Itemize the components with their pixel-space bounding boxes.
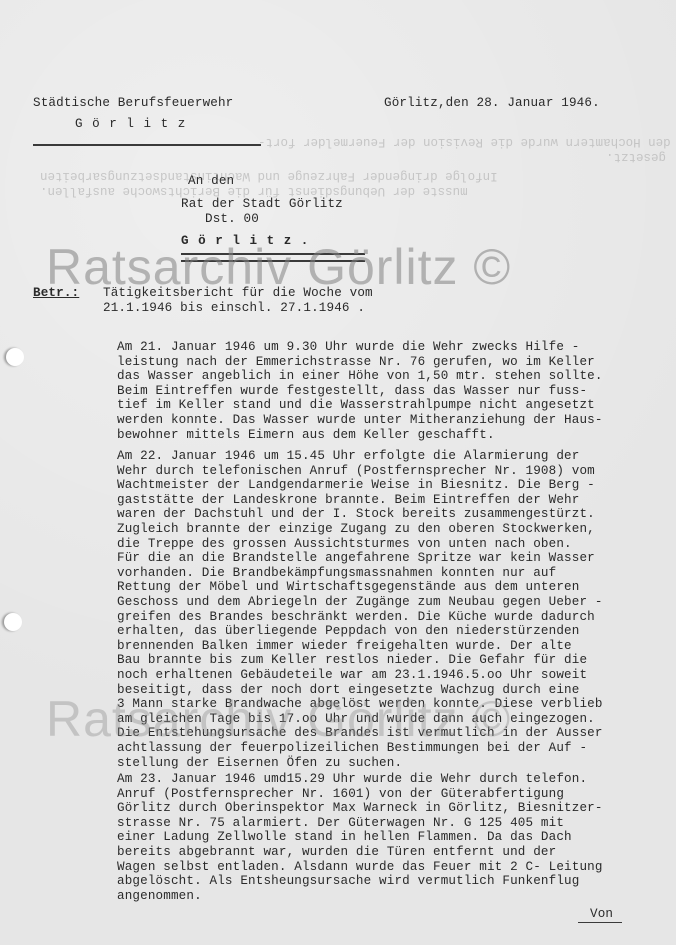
punch-hole-bottom: [4, 613, 22, 631]
paragraph-line: erhalten, das überliegende Peppdach von …: [117, 625, 579, 638]
paragraph-line: abgelöscht. Als Entsheungsursache wird v…: [117, 875, 579, 888]
paragraph-line: waren der Dachstuhl und der I. Stock ber…: [117, 508, 595, 521]
paragraph-line: bereits abgebrannt war, wurden die Türen…: [117, 846, 556, 859]
bleed-line: Von den Hochamtern wurde die Revision de…: [258, 134, 676, 149]
bleed-line: gesetzt.: [606, 149, 666, 164]
paragraph-line: stellung der Eisernen Öfen zu suchen.: [117, 757, 402, 770]
subject-line-1: Tätigkeitsbericht für die Woche vom: [103, 287, 373, 300]
paragraph-line: werden konnte. Das Wasser wurde unter Mi…: [117, 414, 603, 427]
paragraph-line: vorhanden. Die Brandbekämpfungsmassnahme…: [117, 567, 556, 580]
paragraph-line: strasse Nr. 75 alarmiert. Der Güterwagen…: [117, 817, 564, 830]
paragraph-line: Die Entstehungsursache des Brandes ist v…: [117, 727, 603, 740]
paragraph-line: Wehr durch telefonischen Anruf (Postfern…: [117, 465, 595, 478]
paragraph-line: brennenden Balken immer wieder freigehal…: [117, 640, 572, 653]
paragraph-line: Wagen selbst entladen. Alsdann wurde das…: [117, 861, 603, 874]
paragraph-line: angenommen.: [117, 890, 202, 903]
subject-line-2: 21.1.1946 bis einschl. 27.1.1946 .: [103, 302, 365, 315]
paragraph-line: Zugleich brannte der einzige Zugang zu d…: [117, 523, 595, 536]
paragraph-line: tief im Keller stand und die Wasserstrah…: [117, 399, 595, 412]
document-page: Von den Hochamtern wurde die Revision de…: [0, 0, 676, 945]
sender-city: G ö r l i t z: [75, 118, 186, 131]
document-date: Görlitz,den 28. Januar 1946.: [384, 97, 600, 110]
paragraph-line: die Treppe des grossen Aussichtsturmes v…: [117, 538, 572, 551]
paragraph-line: am gleichen Tage bis 17.oo Uhr und wurde…: [117, 713, 595, 726]
recipient-line-3: Dst. 00: [205, 213, 259, 226]
subject-label: Betr.:: [33, 287, 79, 300]
continuation-underline: [578, 922, 622, 923]
paragraph-line: das Wasser angeblich in einer Höhe von 1…: [117, 370, 603, 383]
struck-through-rule: [33, 144, 261, 146]
paragraph-line: beseitigt, dass der noch dort eingesetzt…: [117, 684, 579, 697]
bleed-line: musste der Uebungsdienst für die Bericht…: [40, 183, 468, 198]
bleed-line: Infolge dringender Fahrzeuge und Wachtin…: [40, 168, 498, 183]
punch-hole-top: [6, 348, 24, 366]
paragraph-line: leistung nach der Emmerichstrasse Nr. 76…: [117, 356, 595, 369]
recipient-double-rule: [181, 253, 365, 262]
paragraph-line: achtlassung der feuerpolizeilichen Besti…: [117, 742, 587, 755]
paragraph-line: einer Ladung Zellwolle stand in hellen F…: [117, 831, 572, 844]
paragraph-line: Für die an die Brandstelle angefahrene S…: [117, 552, 595, 565]
paragraph-line: Geschoss und dem Abriegeln der Zugänge z…: [117, 596, 603, 609]
paragraph-line: Am 21. Januar 1946 um 9.30 Uhr wurde die…: [117, 341, 579, 354]
paragraph-line: Am 22. Januar 1946 um 15.45 Uhr erfolgte…: [117, 450, 579, 463]
paragraph-line: greifen des Brandes beschränkt werden. D…: [117, 611, 595, 624]
recipient-line-2: Rat der Stadt Görlitz: [181, 198, 343, 211]
recipient-city: G ö r l i t z .: [181, 235, 309, 248]
paragraph-line: bewohner mittels Eimern aus dem Keller g…: [117, 429, 495, 442]
sender-name: Städtische Berufsfeuerwehr: [33, 97, 233, 110]
paragraph-line: gaststätte der Landeskrone brannte. Beim…: [117, 494, 579, 507]
recipient-line-1: An den: [188, 175, 234, 188]
paragraph-line: 3 Mann starke Brandwache abgelöst werden…: [117, 698, 603, 711]
paragraph-line: Bau brannte bis zum Keller restlos niede…: [117, 654, 587, 667]
paragraph-line: Görlitz durch Oberinspektor Max Warneck …: [117, 802, 603, 815]
paragraph-line: Anruf (Postfernsprecher Nr. 1601) von de…: [117, 788, 564, 801]
paragraph-line: Am 23. Januar 1946 umd15.29 Uhr wurde di…: [117, 773, 587, 786]
paragraph-line: Beim Eintreffen wurde festgestellt, dass…: [117, 385, 587, 398]
continuation-marker: Von: [590, 908, 613, 921]
paragraph-line: noch erhaltenen Gebäudeteile war am 23.1…: [117, 669, 587, 682]
paragraph-line: Rettung der Möbel und Wirtschaftsgegenst…: [117, 581, 579, 594]
paragraph-line: Wachtmeister der Landgendarmerie Weise i…: [117, 479, 595, 492]
